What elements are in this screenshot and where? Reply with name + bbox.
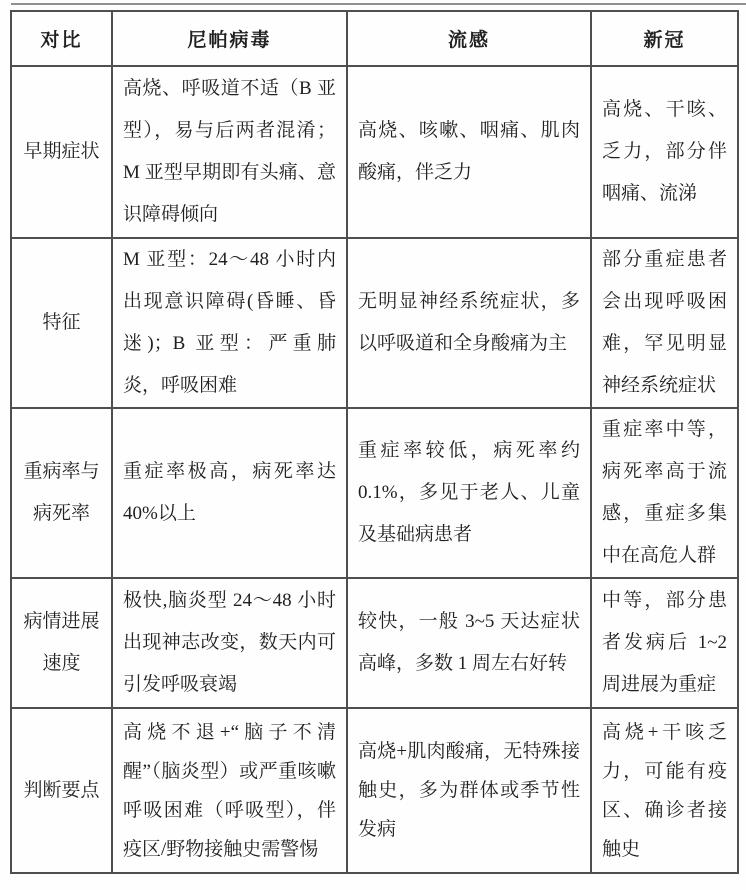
row-label-cell: 判断要点 (11, 708, 112, 873)
row-label-cell: 重病率与病死率 (11, 408, 112, 578)
data-cell-nipah: 极快,脑炎型 24～48 小时出现神志改变，数天内可引发呼吸衰竭 (112, 578, 347, 708)
data-cell-nipah: M 亚型：24～48 小时内出现意识障碍(昏睡、昏迷)；B 亚型：严重肺炎，呼吸… (112, 238, 347, 408)
data-cell-covid: 重症率中等，病死率高于流感，重症多集中在高危人群 (591, 408, 738, 578)
data-cell-flu: 无明显神经系统症状，多以呼吸道和全身酸痛为主 (347, 238, 591, 408)
table-row-severity-fatality: 重病率与病死率 重症率极高，病死率达 40%以上 重症率较低，病死率约 0.1%… (11, 408, 738, 578)
row-label-cell: 早期症状 (11, 66, 112, 238)
column-header-flu: 流感 (347, 11, 591, 66)
row-label-cell: 特征 (11, 238, 112, 408)
column-header-compare: 对比 (11, 11, 112, 66)
data-cell-covid: 高烧+干咳乏力，可能有疫区、确诊者接触史 (591, 708, 738, 873)
data-cell-nipah: 高烧、呼吸道不适（B 亚型），易与后两者混淆；M 亚型早期即有头痛、意识障碍倾向 (112, 66, 347, 238)
row-label-cell: 病情进展速度 (11, 578, 112, 708)
data-cell-flu: 高烧+肌肉酸痛，无特殊接触史，多为群体或季节性发病 (347, 708, 591, 873)
comparison-table: 对比 尼帕病毒 流感 新冠 早期症状 高烧、呼吸道不适（B 亚型），易与后两者混… (10, 10, 739, 874)
data-cell-flu: 高烧、咳嗽、咽痛、肌肉酸痛，伴乏力 (347, 66, 591, 238)
column-header-nipah: 尼帕病毒 (112, 11, 347, 66)
data-cell-flu: 重症率较低，病死率约 0.1%，多见于老人、儿童及基础病患者 (347, 408, 591, 578)
column-header-covid: 新冠 (591, 11, 738, 66)
table-row-features: 特征 M 亚型：24～48 小时内出现意识障碍(昏睡、昏迷)；B 亚型：严重肺炎… (11, 238, 738, 408)
table-row-early-symptoms: 早期症状 高烧、呼吸道不适（B 亚型），易与后两者混淆；M 亚型早期即有头痛、意… (11, 66, 738, 238)
data-cell-covid: 部分重症患者会出现呼吸困难，罕见明显神经系统症状 (591, 238, 738, 408)
data-cell-nipah: 重症率极高，病死率达 40%以上 (112, 408, 347, 578)
data-cell-covid: 高烧、干咳、乏力，部分伴咽痛、流涕 (591, 66, 738, 238)
data-cell-nipah: 高烧不退+“脑子不清醒”（脑炎型）或严重咳嗽呼吸困难（呼吸型），伴疫区/野物接触… (112, 708, 347, 873)
data-cell-flu: 较快，一般 3~5 天达症状高峰，多数 1 周左右好转 (347, 578, 591, 708)
table-row-progression-speed: 病情进展速度 极快,脑炎型 24～48 小时出现神志改变，数天内可引发呼吸衰竭 … (11, 578, 738, 708)
data-cell-covid: 中等，部分患者发病后 1~2 周进展为重症 (591, 578, 738, 708)
header-row: 对比 尼帕病毒 流感 新冠 (11, 11, 738, 66)
top-rule (11, 3, 746, 5)
page: 对比 尼帕病毒 流感 新冠 早期症状 高烧、呼吸道不适（B 亚型），易与后两者混… (0, 0, 746, 890)
table-row-judgment-points: 判断要点 高烧不退+“脑子不清醒”（脑炎型）或严重咳嗽呼吸困难（呼吸型），伴疫区… (11, 708, 738, 873)
